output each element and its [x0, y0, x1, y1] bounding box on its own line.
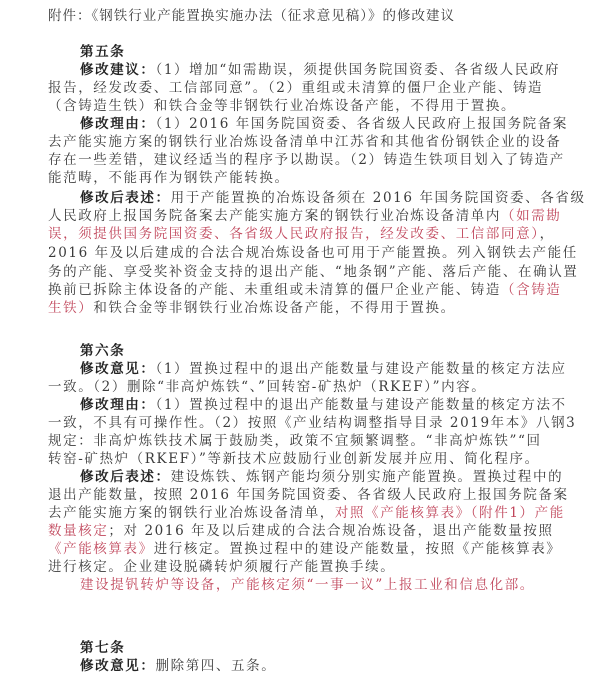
- line-text: 人民政府上报国务院备案去产能实施方案的钢铁行业冶炼设备清单内: [48, 208, 501, 224]
- line-text: 换前已拆除主体设备的产能、未重组或未清算的僵尸企业产能、铸造: [48, 282, 501, 298]
- label-opinion: 修改意见：: [80, 361, 156, 377]
- line-text: 和铁合金等非钢铁行业冶炼设备产能，不得用于置换。: [93, 300, 455, 316]
- line-text: （1）置换过程中的退出产能数量与建设产能数量的核定方法应: [156, 361, 567, 377]
- line-text: （1）增加“如需勘误，须提供国务院国资委、各省级人民政府: [156, 62, 561, 78]
- paragraph-line: 一致。（2）删除“非高炉炼铁“、”回转窑-矿热炉（RKEF）”内容。: [48, 379, 558, 396]
- highlighted-text: （含铸造: [501, 282, 561, 298]
- document-page: 附件：《钢铁行业产能置换实施办法（征求意见稿）》的修改建议 第五条 修改建议：（…: [0, 0, 600, 692]
- label-revised: 修改后表述：: [80, 190, 171, 206]
- paragraph-line: 人民政府上报国务院备案去产能实施方案的钢铁行业冶炼设备清单内（如需勘: [48, 208, 558, 225]
- line-text: 删除第四、五条。: [156, 658, 277, 674]
- section-heading-article-5: 第五条: [80, 44, 590, 61]
- paragraph-line: 修改意见：（1）置换过程中的退出产能数量与建设产能数量的核定方法应: [80, 361, 590, 378]
- line-text: ，: [540, 226, 555, 242]
- paragraph-line: 进行核定。企业建设脱磷转炉须履行产能置换手续。: [48, 559, 558, 576]
- line-text: 用于产能置换的冶炼设备须在 2016 年国务院国资委、各省级: [171, 190, 586, 206]
- paragraph-line: （含铸造生铁）和铁合金等非钢铁行业冶炼设备产能，不得用于置换。: [48, 98, 558, 115]
- paragraph-line: 换前已拆除主体设备的产能、未重组或未清算的僵尸企业产能、铸造（含铸造: [48, 282, 558, 299]
- highlighted-text: 《产能核算表》: [48, 541, 154, 557]
- highlighted-text: 生铁）: [48, 300, 93, 316]
- paragraph-line: 去产能实施方案的钢铁行业冶炼设备清单中江苏省和其他省份钢铁企业的设备: [48, 134, 558, 151]
- section-heading-article-7: 第七条: [80, 640, 590, 657]
- paragraph-line: 务的产能、享受奖补资金支持的退出产能、“地条钢”产能、落后产能、在确认置: [48, 264, 558, 281]
- highlighted-text: 数量核定: [48, 523, 108, 539]
- paragraph-line: 修改意见：删除第四、五条。: [80, 658, 590, 675]
- paragraph-line: 一致，不具有可操作性。（2）按照《产业结构调整指导目录 2019年本》八钢3: [48, 415, 558, 432]
- section-heading-article-6: 第六条: [80, 343, 590, 360]
- paragraph-line: 转窑-矿热炉（RKEF）”等新技术应鼓励行业创新发展并应用、简化程序。: [48, 451, 558, 468]
- line-text: 建设炼铁、炼钢产能均须分别实施产能置换。置换过程中的: [171, 469, 564, 485]
- highlighted-text: 误，须提供国务院国资委、各省级人民政府报告，经发改委、工信部同意）: [48, 226, 540, 242]
- label-reason: 修改理由：: [80, 397, 156, 413]
- label-opinion: 修改意见：: [80, 658, 156, 674]
- paragraph-line: 报告，经发改委、工信部同意”。（2）重组或未清算的僵尸企业产能、铸造: [48, 80, 558, 97]
- line-text: （1）置换过程中的退出产能数量与建设产能数量的核定方法不: [156, 397, 567, 413]
- highlighted-text: 对照《产能核算表》（附件1）产能: [335, 505, 565, 521]
- paragraph-line: 误，须提供国务院国资委、各省级人民政府报告，经发改委、工信部同意），: [48, 226, 558, 243]
- paragraph-line: 修改后表述：用于产能置换的冶炼设备须在 2016 年国务院国资委、各省级: [80, 190, 590, 207]
- paragraph-line: 数量核定；对 2016 年及以后建成的合法合规冶炼设备，退出产能数量按照: [48, 523, 558, 540]
- document-title: 附件：《钢铁行业产能置换实施办法（征求意见稿）》的修改建议: [48, 8, 558, 25]
- highlighted-text: （如需勘: [501, 208, 561, 224]
- paragraph-line: 2016 年及以后建成的合法合规冶炼设备也可用于产能置换。列入钢铁去产能任: [48, 245, 558, 262]
- paragraph-line: 修改建议：（1）增加“如需勘误，须提供国务院国资委、各省级人民政府: [80, 62, 590, 79]
- line-text: ；对 2016 年及以后建成的合法合规冶炼设备，退出产能数量按照: [108, 523, 553, 539]
- line-text: （1）2016 年国务院国资委、各省级人民政府上报国务院备案: [156, 116, 569, 132]
- label-suggestion: 修改建议：: [80, 62, 156, 78]
- paragraph-line: 退出产能数量，按照 2016 年国务院国资委、各省级人民政府上报国务院备案: [48, 487, 558, 504]
- label-reason: 修改理由：: [80, 116, 156, 132]
- line-text: 进行核定。置换过程中的建设产能数量，按照《产能核算表》: [154, 541, 562, 557]
- highlighted-paragraph: 建设提钒转炉等设备，产能核定须“一事一议”上报工业和信息化部。: [80, 577, 590, 594]
- paragraph-line: 生铁）和铁合金等非钢铁行业冶炼设备产能，不得用于置换。: [48, 300, 558, 317]
- paragraph-line: 去产能实施方案的钢铁行业冶炼设备清单，对照《产能核算表》（附件1）产能: [48, 505, 558, 522]
- paragraph-line: 修改理由：（1）置换过程中的退出产能数量与建设产能数量的核定方法不: [80, 397, 590, 414]
- paragraph-line: 修改后表述：建设炼铁、炼钢产能均须分别实施产能置换。置换过程中的: [80, 469, 590, 486]
- paragraph-line: 规定：非高炉炼铁技术属于鼓励类，政策不宜频繁调整。“非高炉炼铁”“回: [48, 433, 558, 450]
- label-revised: 修改后表述：: [80, 469, 171, 485]
- paragraph-line: 存在一些差错，建议经适当的程序予以勘误。（2）铸造生铁项目划入了铸造产: [48, 152, 558, 169]
- line-text: 去产能实施方案的钢铁行业冶炼设备清单，: [48, 505, 335, 521]
- paragraph-line: 《产能核算表》进行核定。置换过程中的建设产能数量，按照《产能核算表》: [48, 541, 558, 558]
- paragraph-line: 修改理由：（1）2016 年国务院国资委、各省级人民政府上报国务院备案: [80, 116, 590, 133]
- paragraph-line: 能范畴，不能再作为钢铁产能转换。: [48, 170, 558, 187]
